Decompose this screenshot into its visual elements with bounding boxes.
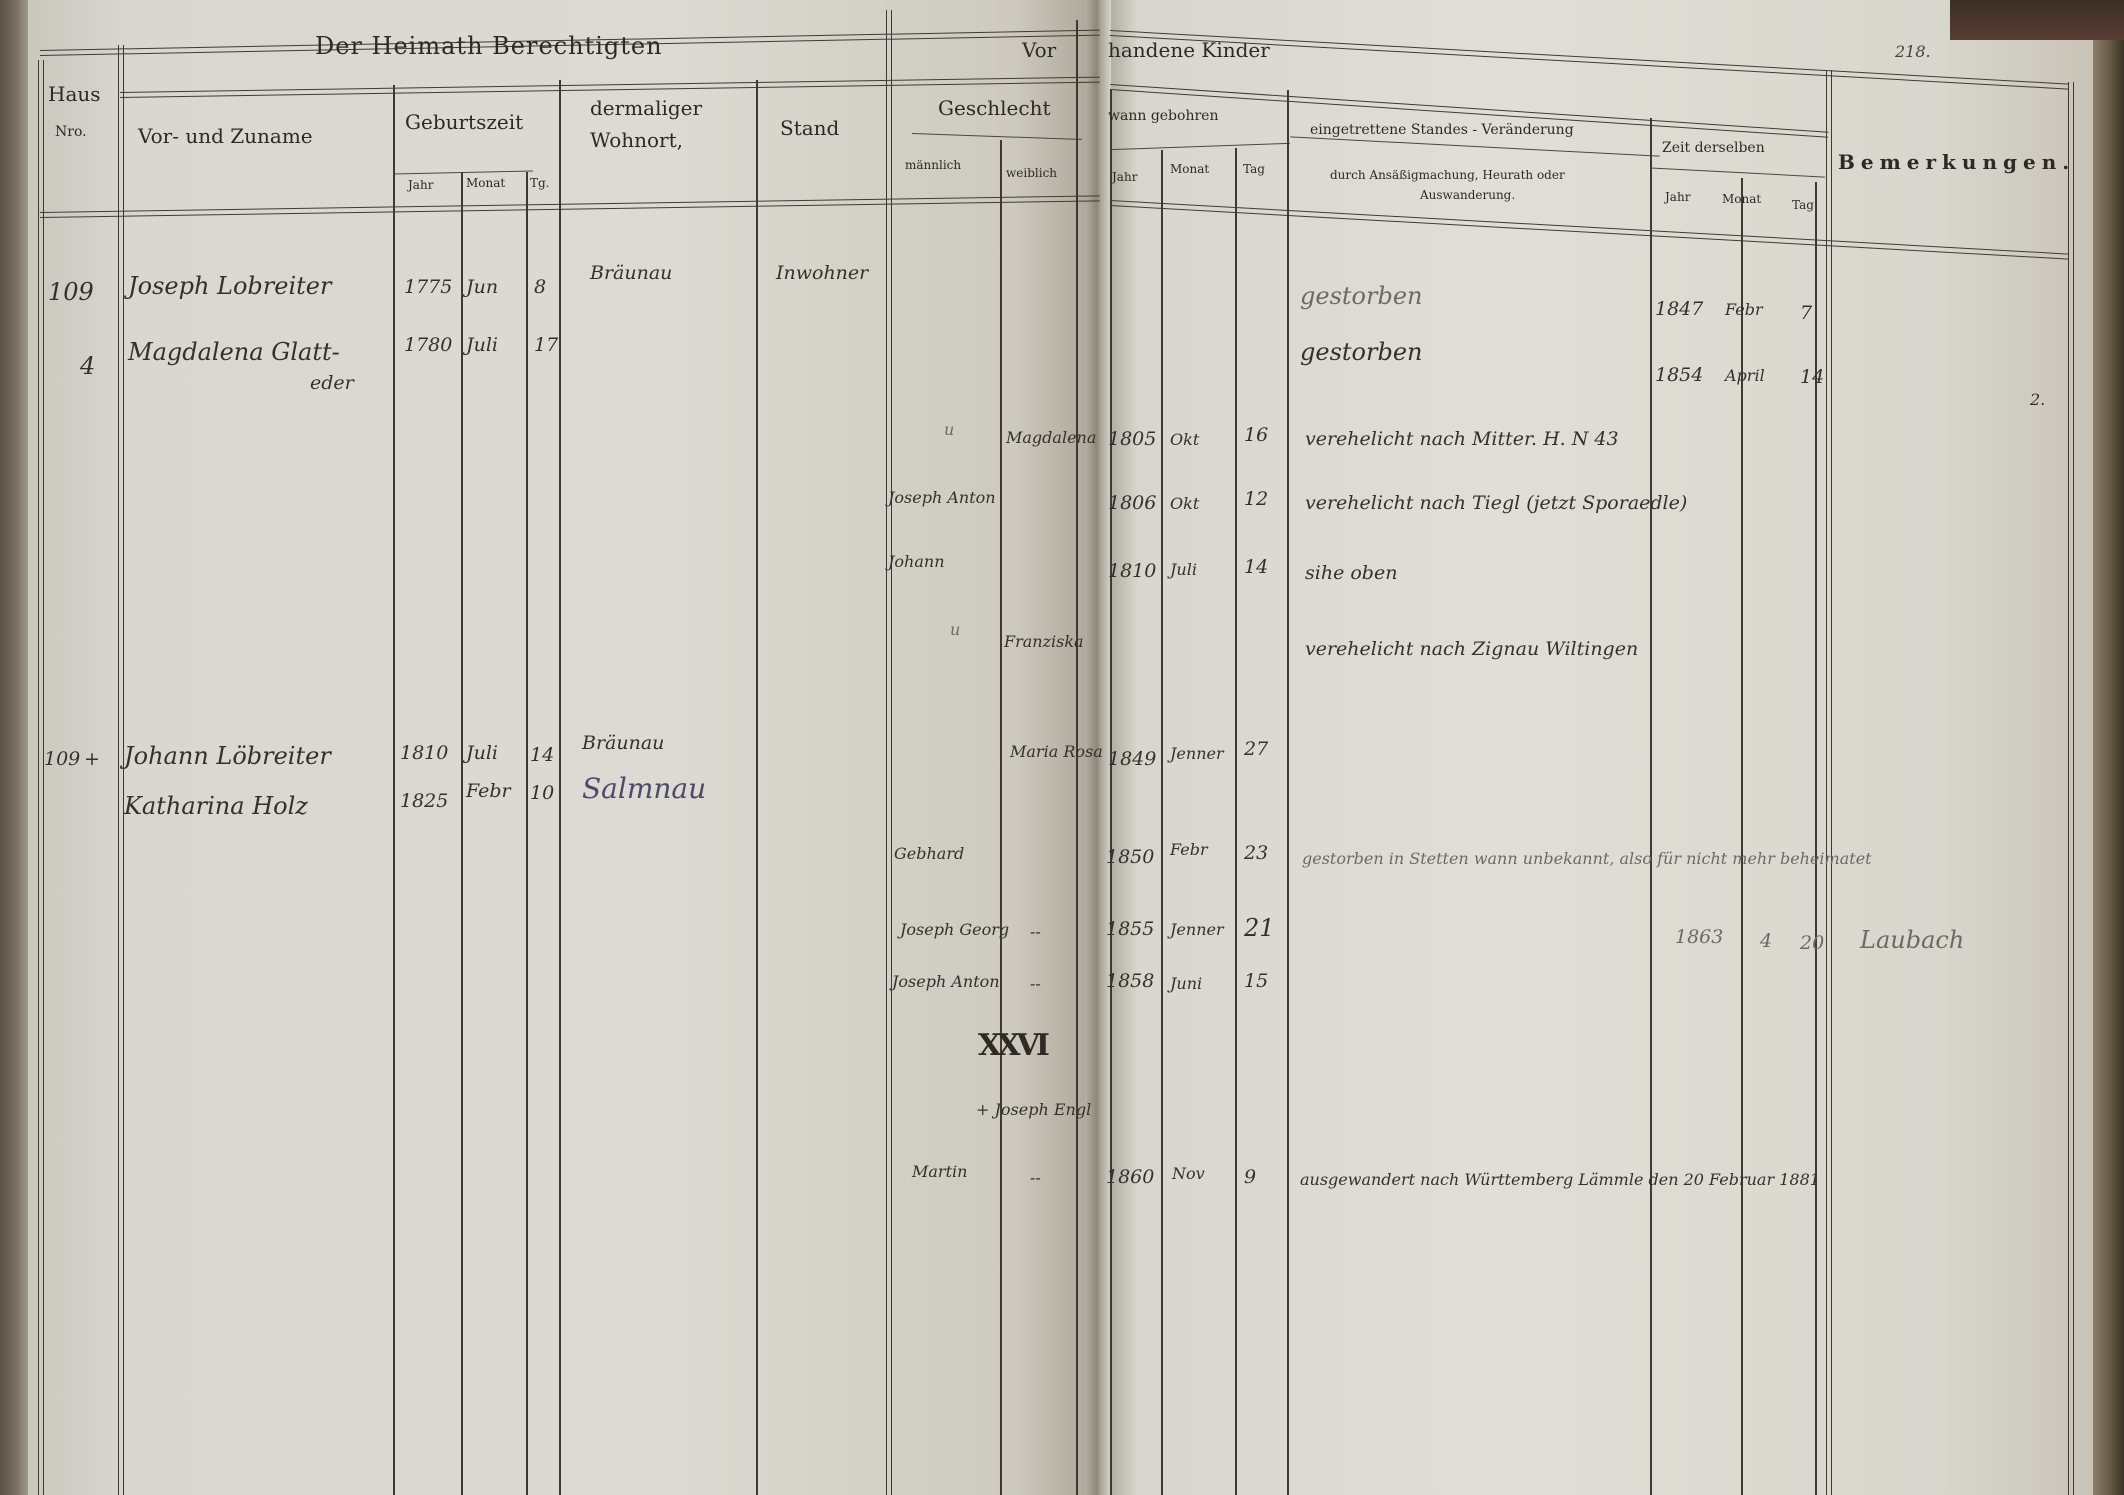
col-rule-maennlich — [1000, 140, 1002, 1495]
header-weiblich: weiblich — [1006, 166, 1057, 180]
header-nro: Nro. — [55, 124, 87, 140]
col-rule-geburtszeit — [559, 80, 561, 1495]
entry1-child1-veraenderung: verehelicht nach Mitter. H. N 43 — [1305, 428, 1619, 450]
entry2-child1-monat: Jenner — [1170, 744, 1224, 763]
entry2-child2-v-jahr: 1863 — [1675, 926, 1723, 948]
header-haus: Haus — [48, 82, 101, 106]
entry1-child3-jahr: 1810 — [1108, 560, 1156, 582]
header-veraenderung-sub2: Auswanderung. — [1420, 188, 1515, 202]
entry1-person1-monat: Jun — [466, 276, 498, 298]
entry2-person2-monat: Febr — [466, 780, 511, 802]
header-veraenderung-sub1: durch Ansäßigmachung, Heurath oder — [1330, 168, 1565, 182]
entry1-child3-tag: 14 — [1244, 556, 1268, 578]
header-bemerkungen: Bemerkungen. — [1838, 150, 2075, 174]
header-kind-monat: Monat — [1170, 162, 1209, 176]
entry1-child4-veraenderung: verehelicht nach Zignau Wiltingen — [1305, 638, 1638, 660]
entry2-person1-monat: Juli — [466, 742, 498, 764]
entry1-child2-monat: Okt — [1170, 494, 1199, 513]
entry2-child1-jahr: 1849 — [1108, 748, 1156, 770]
entry1-child2-jahr: 1806 — [1108, 492, 1156, 514]
entry1-person1-v-jahr: 1847 — [1655, 298, 1703, 320]
entry1-person2-v-tag: 14 — [1800, 366, 1824, 388]
entry2-child4-monat: Juni — [1170, 974, 1202, 993]
header-wohnort: Wohnort, — [590, 128, 683, 152]
entry2-person2-tag: 10 — [530, 782, 554, 804]
register-spread: Der Heimath Berechtigten Vor Haus Nro. V… — [0, 0, 2124, 1495]
entry1-person1-name: Joseph Lobreiter — [128, 272, 331, 300]
entry1-child1-weiblich: Magdalena — [1006, 428, 1096, 447]
entry2-child7-tag: 9 — [1244, 1166, 1256, 1188]
entry2-person1-jahr: 1810 — [400, 742, 448, 764]
entry2-child6-weiblich: + Joseph Engl — [976, 1100, 1091, 1119]
entry1-child2-veraenderung: verehelicht nach Tiegl (jetzt Sporaedle) — [1305, 492, 1687, 514]
header-zeit-monat: Monat — [1722, 192, 1761, 206]
entry1-person2-name-cont: eder — [310, 372, 354, 394]
entry1-person1-v-tag: 7 — [1800, 302, 1812, 324]
entry1-person1-stand: Inwohner — [776, 262, 868, 284]
header-geb-jahr: Jahr — [408, 178, 433, 192]
entry2-child7-veraenderung: ausgewandert nach Württemberg Lämmle den… — [1300, 1170, 1820, 1189]
entry1-person1-veraenderung: gestorben — [1300, 282, 1422, 310]
page-number: 218. — [1895, 42, 1931, 61]
entry2-child7-monat: Nov — [1172, 1164, 1205, 1183]
entry1-person1-tag: 8 — [534, 276, 546, 298]
entry2-child5-struck-entry: XXVI — [978, 1028, 1046, 1063]
entry1-person2-v-monat: April — [1725, 366, 1765, 385]
title-right: handene Kinder — [1108, 38, 1270, 62]
entry1-child3-monat: Juli — [1170, 560, 1197, 579]
entry2-child3-maennlich: Joseph Georg — [900, 920, 1009, 939]
header-zeit-jahr: Jahr — [1665, 190, 1690, 204]
entry2-child3-tag: 21 — [1244, 914, 1275, 942]
entry1-person2-monat: Juli — [466, 334, 498, 356]
col-rule-jahr — [461, 172, 463, 1495]
entry2-child3-weiblich: -- — [1030, 922, 1041, 941]
entry2-person1-name: Johann Löbreiter — [124, 742, 331, 770]
entry2-person2-wohnort: Salmnau — [582, 772, 706, 805]
entry2-child2-v-monat: 4 — [1760, 930, 1772, 952]
title-left: Der Heimath Berechtigten — [315, 32, 663, 60]
header-dermaliger: dermaliger — [590, 96, 702, 120]
col-rule-stand — [886, 10, 892, 1495]
header-kind-tag: Tag — [1243, 162, 1265, 176]
entry1-haus-mark: 4 — [80, 352, 95, 380]
margin-mark: 2. — [2030, 390, 2045, 409]
entry2-child1-weiblich: Maria Rosa — [1010, 742, 1103, 761]
entry1-person2-tag: 17 — [534, 334, 558, 356]
header-maennlich: männlich — [905, 158, 961, 172]
col-rule-left-border — [38, 60, 44, 1495]
entry2-person2-jahr: 1825 — [400, 790, 448, 812]
col-rule-right-border-start — [1110, 90, 1112, 1495]
header-name: Vor- und Zuname — [138, 124, 313, 148]
entry1-person2-v-jahr: 1854 — [1655, 364, 1703, 386]
entry2-child2-monat: Febr — [1170, 840, 1208, 859]
entry2-child2-maennlich: Gebhard — [894, 844, 964, 863]
background-top-corner — [1950, 0, 2124, 40]
entry2-child3-jahr: 1855 — [1106, 918, 1154, 940]
col-rule-wohnort — [756, 80, 758, 1495]
entry1-child3-maennlich: Johann — [888, 552, 945, 571]
header-geburtszeit: Geburtszeit — [405, 110, 523, 134]
col-rule-kind-tag — [1287, 90, 1289, 1495]
book-edge-right — [2093, 0, 2124, 1495]
entry2-child4-maennlich: Joseph Anton — [892, 972, 1000, 991]
entry1-child1-tag: 16 — [1244, 424, 1268, 446]
entry2-child4-jahr: 1858 — [1106, 970, 1154, 992]
entry2-haus-nro: 109 — [44, 748, 80, 770]
entry2-child2-jahr: 1850 — [1106, 846, 1154, 868]
entry1-child4-maennlich: u — [950, 620, 960, 639]
header-geschlecht: Geschlecht — [938, 96, 1051, 120]
header-zeit-tag: Tag — [1792, 198, 1814, 212]
header-zeit-derselben: Zeit derselben — [1662, 140, 1765, 156]
header-geb-tag: Tg. — [530, 176, 550, 190]
entry1-child3-veraenderung: sihe oben — [1305, 562, 1397, 584]
col-rule-kind-monat — [1235, 148, 1237, 1495]
entry1-child4-weiblich: Franziska — [1004, 632, 1084, 651]
entry2-child7-maennlich: Martin — [912, 1162, 967, 1181]
entry2-child7-weiblich: -- — [1030, 1168, 1041, 1187]
entry1-child1-jahr: 1805 — [1108, 428, 1156, 450]
entry1-haus-nro: 109 — [48, 278, 94, 306]
entry2-child3-monat: Jenner — [1170, 920, 1224, 939]
entry1-person2-name: Magdalena Glatt- — [128, 338, 340, 366]
col-rule-right-border — [2068, 82, 2074, 1495]
entry2-child2-v-tag: 20 — [1800, 932, 1824, 954]
header-stand: Stand — [780, 116, 839, 140]
entry2-person1-wohnort: Bräunau — [582, 732, 664, 754]
col-rule-name — [393, 85, 395, 1495]
entry2-person1-tag: 14 — [530, 744, 554, 766]
entry1-child1-maennlich: u — [944, 420, 954, 439]
header-geb-monat: Monat — [466, 176, 505, 190]
entry1-person1-jahr: 1775 — [404, 276, 452, 298]
title-vor-prefix: Vor — [1022, 38, 1056, 62]
entry1-person1-wohnort: Bräunau — [590, 262, 672, 284]
entry1-person2-veraenderung: gestorben — [1300, 338, 1422, 366]
book-edge-left — [0, 0, 30, 1495]
entry1-child1-monat: Okt — [1170, 430, 1199, 449]
entry2-person2-name: Katharina Holz — [124, 792, 308, 820]
entry2-child2-tag: 23 — [1244, 842, 1268, 864]
entry2-haus-mark: + — [84, 748, 100, 770]
entry1-child2-tag: 12 — [1244, 488, 1268, 510]
entry1-person1-v-monat: Febr — [1725, 300, 1763, 319]
entry2-child4-weiblich: -- — [1030, 974, 1041, 993]
header-wann-gebohren: wann gebohren — [1108, 108, 1218, 124]
header-veraenderung: eingetrettene Standes - Veränderung — [1310, 122, 1574, 138]
entry1-person2-jahr: 1780 — [404, 334, 452, 356]
entry2-child2-bemerkung: Laubach — [1860, 926, 1964, 954]
entry2-child1-tag: 27 — [1244, 738, 1268, 760]
col-rule-monat — [526, 172, 528, 1495]
entry2-child4-tag: 15 — [1244, 970, 1268, 992]
col-rule-zeit — [1826, 70, 1832, 1495]
entry1-child2-maennlich: Joseph Anton — [888, 488, 996, 507]
header-kind-jahr: Jahr — [1112, 170, 1137, 184]
col-rule-veraenderung — [1650, 118, 1652, 1495]
entry2-child2-veraenderung: gestorben in Stetten wann unbekannt, als… — [1302, 846, 1922, 872]
entry2-child7-jahr: 1860 — [1106, 1166, 1154, 1188]
col-rule-kind-jahr — [1161, 150, 1163, 1495]
col-rule-haus — [118, 45, 124, 1495]
